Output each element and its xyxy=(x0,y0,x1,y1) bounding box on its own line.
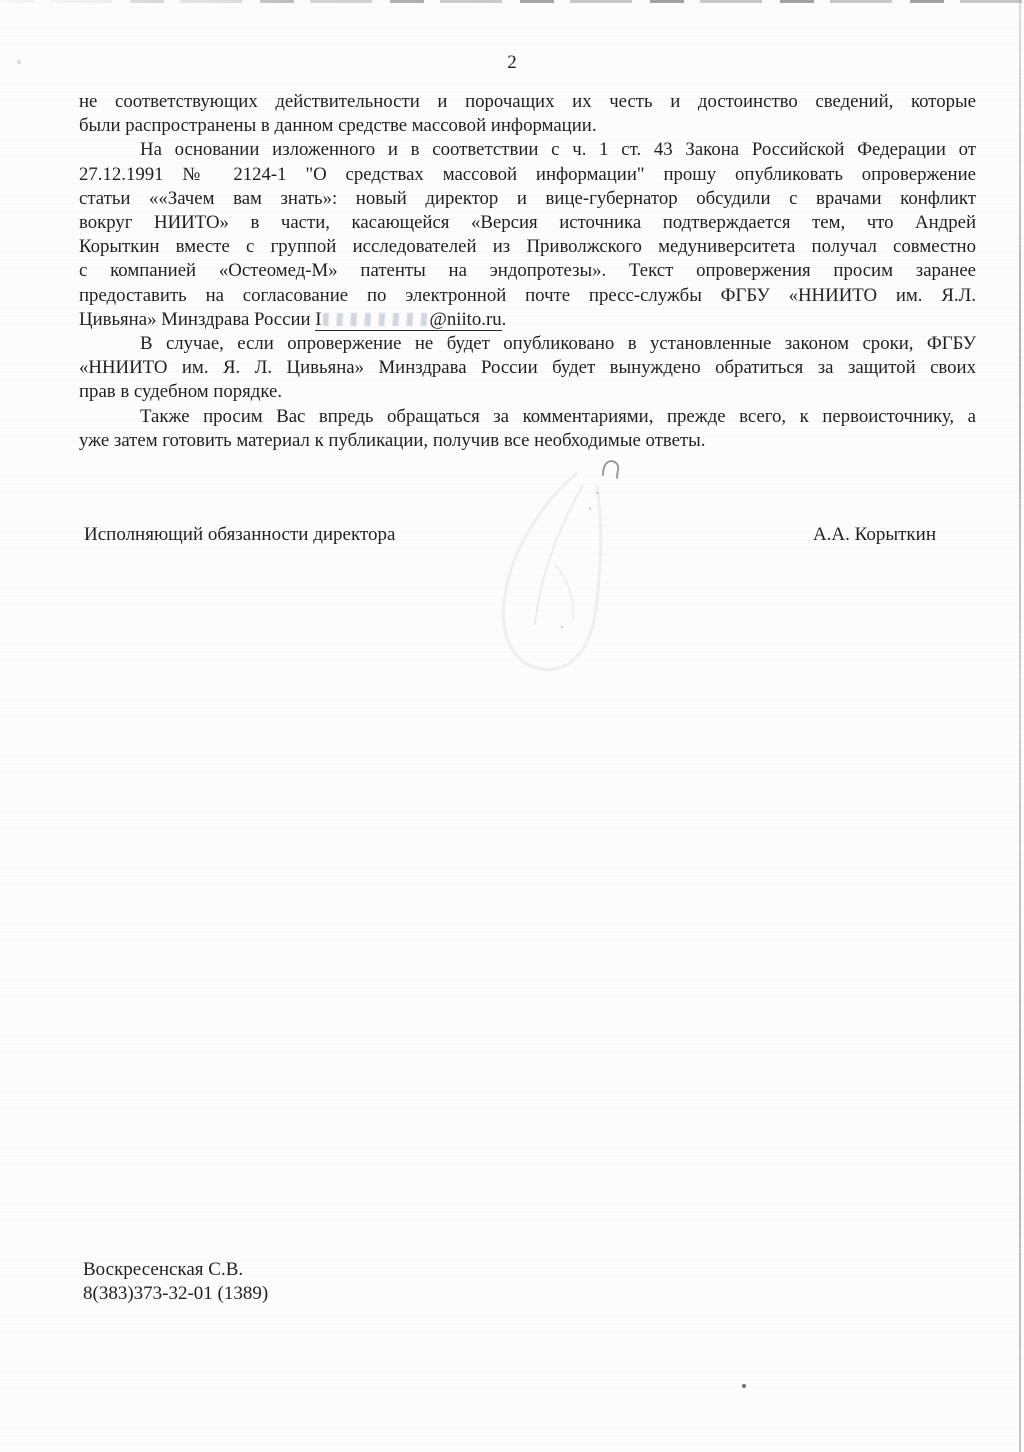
signature-row: Исполняющий обязанности директора А.А. К… xyxy=(84,524,936,546)
text-line: вокруг НИИТО» в части, касающейся «Верси… xyxy=(79,211,976,235)
scan-speck xyxy=(742,1384,746,1388)
footer-contact-name: Воскресенская С.В. xyxy=(83,1258,268,1282)
text-line: 27.12.1991 № 2124-1 "О средствах массово… xyxy=(79,163,976,187)
text-line: не соответствующих действительности и по… xyxy=(79,90,976,114)
scanned-letter-page: 2 не соответствующих действительности и … xyxy=(0,0,1024,1452)
scan-top-edge-artifact xyxy=(0,0,1024,3)
text-line: Цивьяна» Минздрава России I@niito.ru. xyxy=(79,308,976,332)
text-line: На основании изложенного и в соответстви… xyxy=(79,138,976,162)
signature-role: Исполняющий обязанности директора xyxy=(84,524,395,546)
text-line: с компанией «Остеомед-М» патенты на эндо… xyxy=(79,259,976,283)
scan-right-edge-line xyxy=(1019,0,1021,1452)
footer-contact: Воскресенская С.В. 8(383)373-32-01 (1389… xyxy=(83,1258,268,1306)
page-number: 2 xyxy=(0,52,1024,74)
footer-contact-phone: 8(383)373-32-01 (1389) xyxy=(83,1282,268,1306)
text-line: В случае, если опровержение не будет опу… xyxy=(79,332,976,356)
text-line: Также просим Вас впредь обращаться за ко… xyxy=(79,405,976,429)
email-visible-start: I xyxy=(315,309,321,330)
text-block: не соответствующих действительности и по… xyxy=(79,90,976,453)
email-redaction xyxy=(323,313,429,326)
text-line: Корыткин вместе с группой исследователей… xyxy=(79,235,976,259)
text-line: уже затем готовить материал к публикации… xyxy=(79,429,976,453)
text-line: прав в судебном порядке. xyxy=(79,380,976,404)
text-line: «ННИИТО им. Я. Л. Цивьяна» Минздрава Рос… xyxy=(79,356,976,380)
scan-speck xyxy=(589,507,591,510)
scan-speck xyxy=(596,492,599,494)
erased-signature-mark xyxy=(485,455,655,685)
signature-name: А.А. Корыткин xyxy=(813,524,936,546)
email-domain: @niito.ru xyxy=(430,309,502,330)
text-line: статьи ««Зачем вам знать»: новый директо… xyxy=(79,187,976,211)
email-address: I@niito.ru xyxy=(315,309,501,331)
text-line: были распространены в данном средстве ма… xyxy=(79,114,976,138)
text-line: предоставить на согласование по электрон… xyxy=(79,284,976,308)
